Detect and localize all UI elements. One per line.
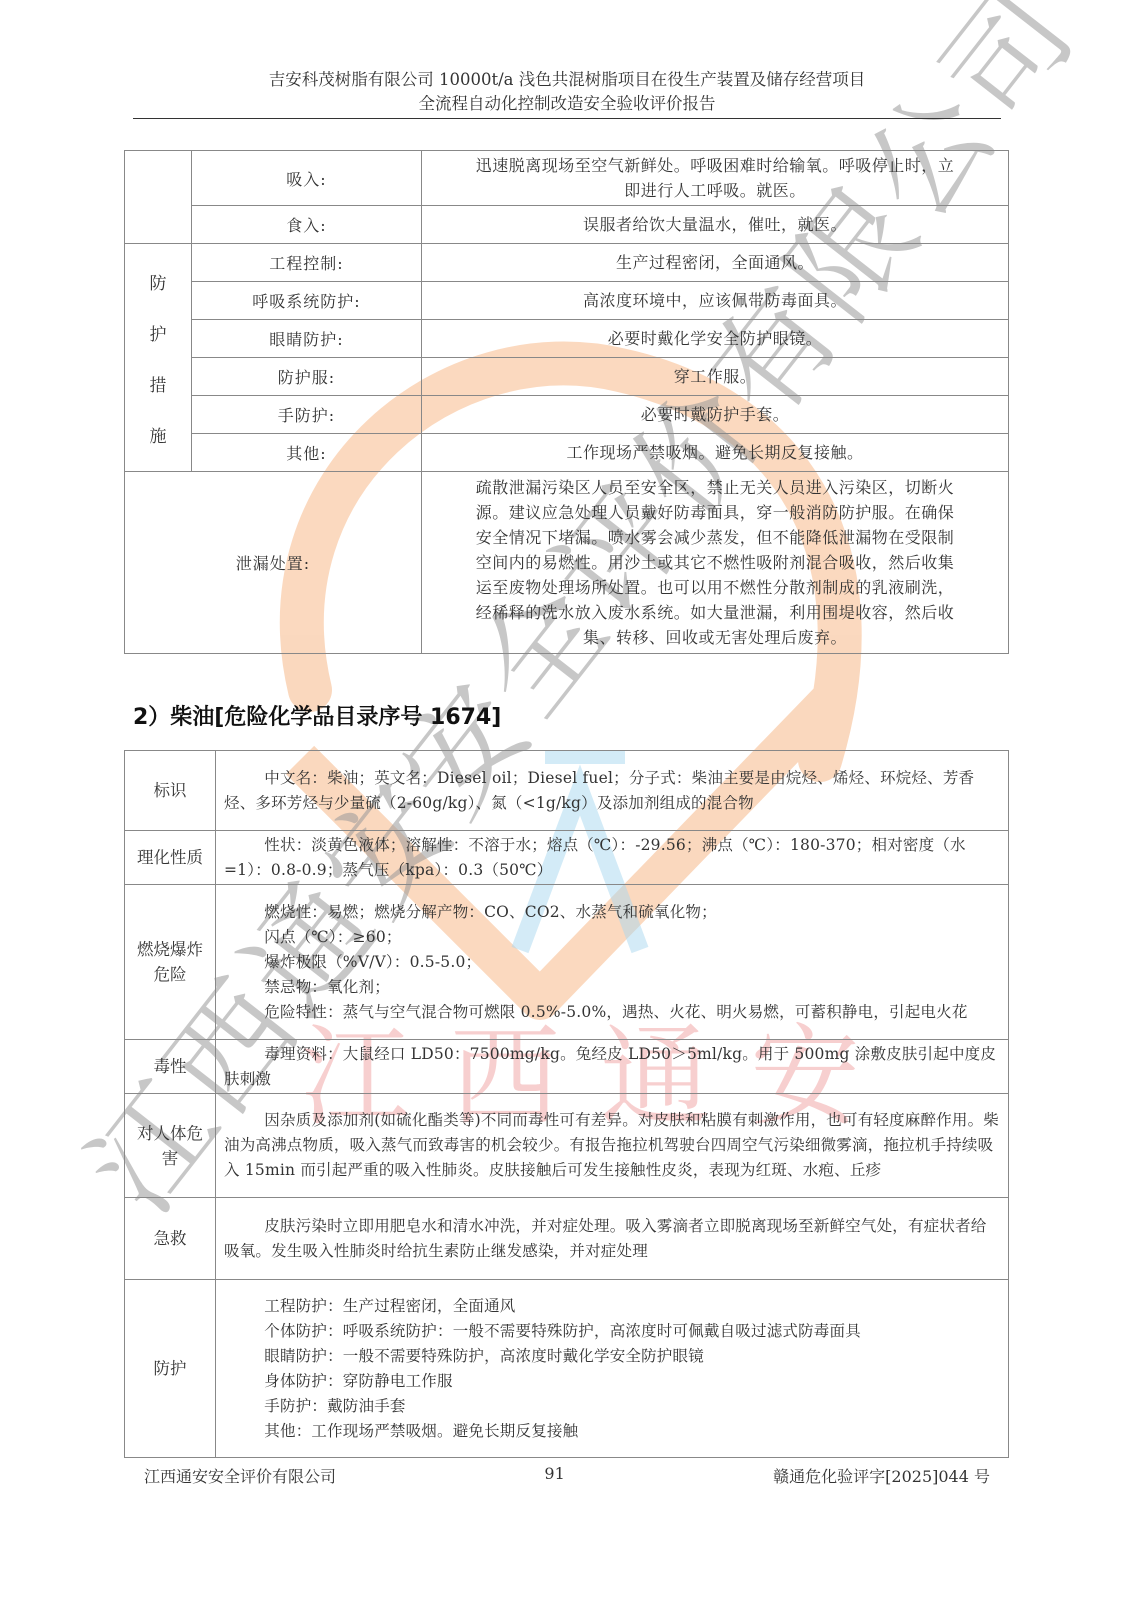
leak-label: 泄漏处置: xyxy=(125,472,422,654)
row-value: 毒理资料：大鼠经口 LD50：7500mg/kg。兔经皮 LD50＞5ml/kg… xyxy=(216,1040,1009,1094)
table-row: 急救 皮肤污染时立即用肥皂水和清水冲洗，并对症处理。吸入雾滴者立即脱离现场至新鲜… xyxy=(125,1198,1009,1280)
row-label: 手防护: xyxy=(192,396,422,434)
row-label: 食入: xyxy=(192,206,422,244)
table-row: 其他: 工作现场严禁吸烟。避免长期反复接触。 xyxy=(125,434,1009,472)
page-footer: 江西通安安全评价有限公司 91 赣通危化验评字[2025]044 号 xyxy=(144,1464,990,1487)
row-label: 其他: xyxy=(192,434,422,472)
empty-group-cell xyxy=(125,151,192,244)
table-row: 泄漏处置: 疏散泄漏污染区人员至安全区，禁止无关人员进入污染区，切断火 源。建议… xyxy=(125,472,1009,654)
table-row: 眼睛防护: 必要时戴化学安全防护眼镜。 xyxy=(125,320,1009,358)
row-label: 理化性质 xyxy=(125,831,216,885)
table-row: 防护 工程防护：生产过程密闭，全面通风 个体防护：呼吸系统防护：一般不需要特殊防… xyxy=(125,1280,1009,1458)
row-label: 呼吸系统防护: xyxy=(192,282,422,320)
protection-group-label: 防 护 措 施 xyxy=(125,244,192,472)
table-row: 食入: 误服者给饮大量温水，催吐，就医。 xyxy=(125,206,1009,244)
header-divider xyxy=(133,118,1001,119)
row-label: 防护 xyxy=(125,1280,216,1458)
footer-company: 江西通安安全评价有限公司 xyxy=(144,1464,336,1487)
table-row: 吸入: 迅速脱离现场至空气新鲜处。呼吸困难时给输氧。呼吸停止时，立 即进行人工呼… xyxy=(125,151,1009,206)
row-value: 性状：淡黄色液体；溶解性：不溶于水；熔点（℃）：-29.56；沸点（℃）：180… xyxy=(216,831,1009,885)
row-label: 防护服: xyxy=(192,358,422,396)
row-value: 因杂质及添加剂(如硫化酯类等)不同而毒性可有差异。对皮肤和粘膜有刺激作用，也可有… xyxy=(216,1094,1009,1198)
leak-value: 疏散泄漏污染区人员至安全区，禁止无关人员进入污染区，切断火 源。建议应急处理人员… xyxy=(422,472,1009,654)
page-number: 91 xyxy=(544,1464,564,1487)
table-row: 标识 中文名：柴油；英文名：Diesel oil；Diesel fuel；分子式… xyxy=(125,751,1009,831)
row-value: 工作现场严禁吸烟。避免长期反复接触。 xyxy=(422,434,1009,472)
document-number: 赣通危化验评字[2025]044 号 xyxy=(773,1464,990,1487)
table-row: 毒性 毒理资料：大鼠经口 LD50：7500mg/kg。兔经皮 LD50＞5ml… xyxy=(125,1040,1009,1094)
row-value: 误服者给饮大量温水，催吐，就医。 xyxy=(422,206,1009,244)
row-label: 眼睛防护: xyxy=(192,320,422,358)
row-value: 穿工作服。 xyxy=(422,358,1009,396)
row-value: 必要时戴化学安全防护眼镜。 xyxy=(422,320,1009,358)
row-label: 标识 xyxy=(125,751,216,831)
row-label: 燃烧爆炸危险 xyxy=(125,885,216,1040)
table-row: 燃烧爆炸危险 燃烧性：易燃；燃烧分解产物：CO、CO2、水蒸气和硫氧化物； 闪点… xyxy=(125,885,1009,1040)
row-label: 工程控制: xyxy=(192,244,422,282)
table-row: 对人体危害 因杂质及添加剂(如硫化酯类等)不同而毒性可有差异。对皮肤和粘膜有刺激… xyxy=(125,1094,1009,1198)
header-line-1: 吉安科茂树脂有限公司 10000t/a 浅色共混树脂项目在役生产装置及储存经营项… xyxy=(133,68,1001,92)
row-value: 燃烧性：易燃；燃烧分解产物：CO、CO2、水蒸气和硫氧化物； 闪点（℃）：≥60… xyxy=(216,885,1009,1040)
section-title: 2）柴油[危险化学品目录序号 1674] xyxy=(133,700,501,731)
header-line-2: 全流程自动化控制改造安全验收评价报告 xyxy=(133,92,1001,116)
row-value: 高浓度环境中，应该佩带防毒面具。 xyxy=(422,282,1009,320)
table-row: 理化性质 性状：淡黄色液体；溶解性：不溶于水；熔点（℃）：-29.56；沸点（℃… xyxy=(125,831,1009,885)
table-row: 防护服: 穿工作服。 xyxy=(125,358,1009,396)
row-value: 中文名：柴油；英文名：Diesel oil；Diesel fuel；分子式：柴油… xyxy=(216,751,1009,831)
row-label: 急救 xyxy=(125,1198,216,1280)
row-value: 工程防护：生产过程密闭，全面通风 个体防护：呼吸系统防护：一般不需要特殊防护，高… xyxy=(216,1280,1009,1458)
table-row: 手防护: 必要时戴防护手套。 xyxy=(125,396,1009,434)
row-value: 必要时戴防护手套。 xyxy=(422,396,1009,434)
diesel-safety-table: 标识 中文名：柴油；英文名：Diesel oil；Diesel fuel；分子式… xyxy=(124,750,1009,1458)
row-value: 生产过程密闭，全面通风。 xyxy=(422,244,1009,282)
row-value: 皮肤污染时立即用肥皂水和清水冲洗，并对症处理。吸入雾滴者立即脱离现场至新鲜空气处… xyxy=(216,1198,1009,1280)
row-label: 对人体危害 xyxy=(125,1094,216,1198)
table-row: 防 护 措 施 工程控制: 生产过程密闭，全面通风。 xyxy=(125,244,1009,282)
row-value: 迅速脱离现场至空气新鲜处。呼吸困难时给输氧。呼吸停止时，立 即进行人工呼吸。就医… xyxy=(422,151,1009,206)
substance-safety-table-continued: 吸入: 迅速脱离现场至空气新鲜处。呼吸困难时给输氧。呼吸停止时，立 即进行人工呼… xyxy=(124,150,1009,654)
page-header: 吉安科茂树脂有限公司 10000t/a 浅色共混树脂项目在役生产装置及储存经营项… xyxy=(133,68,1001,116)
row-label: 吸入: xyxy=(192,151,422,206)
table-row: 呼吸系统防护: 高浓度环境中，应该佩带防毒面具。 xyxy=(125,282,1009,320)
row-label: 毒性 xyxy=(125,1040,216,1094)
